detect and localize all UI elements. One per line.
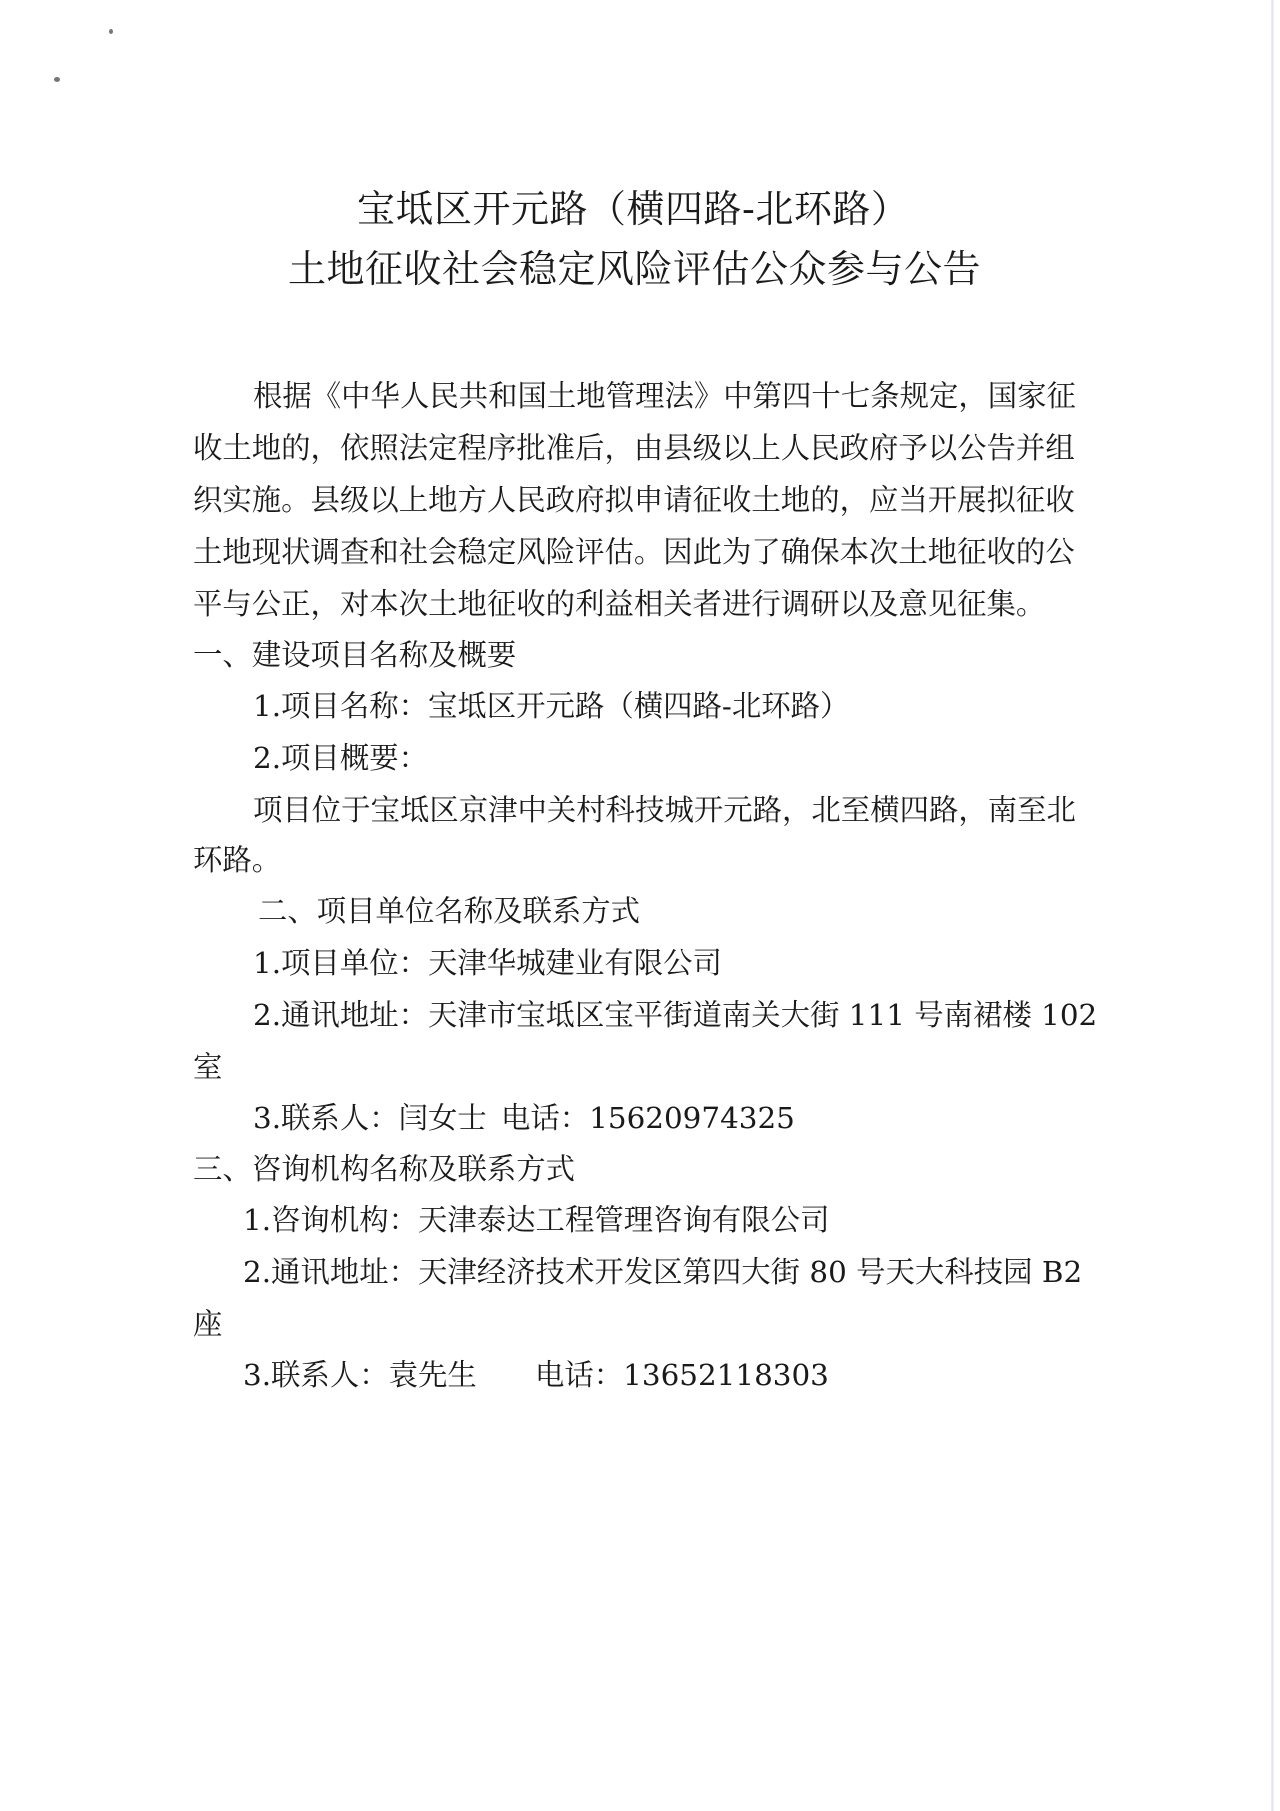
consulting-agency: 1.咨询机构：天津泰达工程管理咨询有限公司 [243,1206,829,1235]
section-heading: 三、咨询机构名称及联系方式 [193,1155,575,1184]
intro-line: 根据《中华人民共和国土地管理法》中第四十七条规定，国家征 [253,382,1076,411]
project-unit-address: 室 [193,1053,222,1082]
project-unit-phone: 电话：15620974325 [501,1104,795,1133]
section-heading: 二、项目单位名称及联系方式 [258,897,640,926]
consulting-agency-phone: 电话：13652118303 [535,1361,829,1390]
intro-line: 收土地的，依照法定程序批准后，由县级以上人民政府予以公告并组 [193,434,1075,463]
intro-line: 平与公正，对本次土地征收的利益相关者进行调研以及意见征集。 [193,590,1045,619]
consulting-agency-address: 座 [193,1310,222,1339]
project-name: 1.项目名称：宝坻区开元路（横四路-北环路） [253,692,849,721]
section-heading: 一、建设项目名称及概要 [193,641,516,670]
project-unit-address: 2.通讯地址：天津市宝坻区宝平街道南关大街 111 号南裙楼 102 [253,1001,1097,1030]
consulting-agency-address: 2.通讯地址：天津经济技术开发区第四大街 80 号天大科技园 B2 [243,1258,1082,1287]
scan-speck [54,77,60,82]
document-title-line-2: 土地征收社会稳定风险评估公众参与公告 [288,250,981,288]
project-summary-label: 2.项目概要： [253,744,428,773]
scan-speck [109,29,113,34]
document-page: 宝坻区开元路（横四路-北环路） 土地征收社会稳定风险评估公众参与公告 根据《中华… [0,0,1280,1811]
project-summary-text: 环路。 [193,846,281,875]
intro-line: 土地现状调查和社会稳定风险评估。因此为了确保本次土地征收的公 [193,538,1075,567]
document-title-line-1: 宝坻区开元路（横四路-北环路） [357,190,909,228]
consulting-agency-contact: 3.联系人：袁先生 [243,1361,477,1390]
project-unit-contact: 3.联系人：闫女士 [253,1104,487,1133]
intro-line: 织实施。县级以上地方人民政府拟申请征收土地的，应当开展拟征收 [193,486,1075,515]
scan-edge-line [1271,0,1274,1811]
project-summary-text: 项目位于宝坻区京津中关村科技城开元路，北至横四路，南至北 [253,796,1076,825]
project-unit: 1.项目单位：天津华城建业有限公司 [253,949,722,978]
